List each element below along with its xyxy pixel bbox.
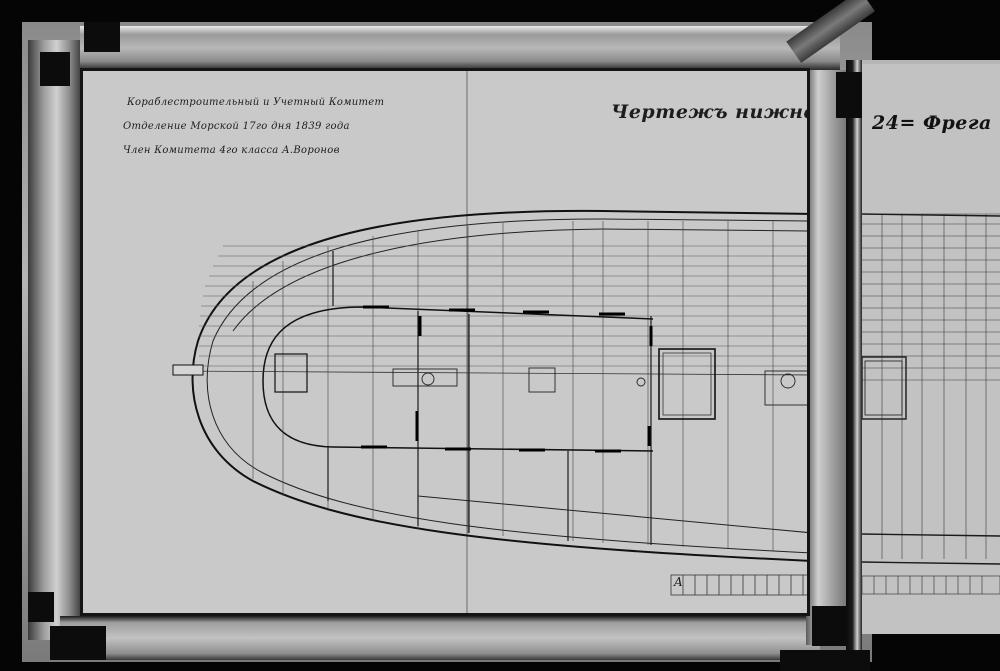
clamp-bottom-left-2 [50, 626, 106, 660]
frame-top-rail [80, 26, 840, 70]
beam-lines [253, 221, 773, 551]
photograph: Кораблестроительный и Учетный Комитет От… [0, 0, 1000, 671]
inner-coaming [263, 307, 653, 451]
capstan [422, 373, 434, 385]
clamp-bottom-right [812, 606, 846, 646]
header-line-2: Отделение Морской 17го дня 1839 года [123, 121, 350, 132]
header-line-1: Кораблестроительный и Учетный Комитет [127, 97, 384, 108]
bowsprit [173, 365, 203, 375]
clamp-top-left [40, 52, 70, 86]
frame-left-rail [28, 40, 80, 640]
centerline [173, 371, 807, 375]
frame-right-rail [806, 70, 846, 645]
drawing-sheet: Кораблестроительный и Учетный Комитет От… [80, 68, 810, 616]
scale-bar [671, 575, 807, 595]
clamp-top-right [836, 72, 862, 118]
header-line-3: Член Комитета 4го класса А.Воронов [123, 145, 340, 156]
drawing-title: Чертежъ нижней па [611, 101, 810, 123]
clamp-base [780, 650, 870, 671]
forward-hatch [275, 354, 307, 392]
small-hatch [529, 368, 555, 392]
clamp-bottom-left [28, 592, 54, 622]
clamp-top [84, 22, 120, 52]
drawing-title-continued: 24= Фрега [872, 112, 992, 134]
adjacent-sheet-lines [862, 64, 1000, 634]
capstan-housing [393, 369, 457, 386]
deck-marks [361, 307, 651, 451]
main-hatch [659, 349, 715, 419]
scale-label: A [674, 575, 683, 589]
pump [637, 378, 645, 386]
frame-bottom-rail [60, 616, 820, 660]
frame-clamp-rod [846, 60, 862, 671]
adjacent-sheet [862, 64, 1000, 634]
